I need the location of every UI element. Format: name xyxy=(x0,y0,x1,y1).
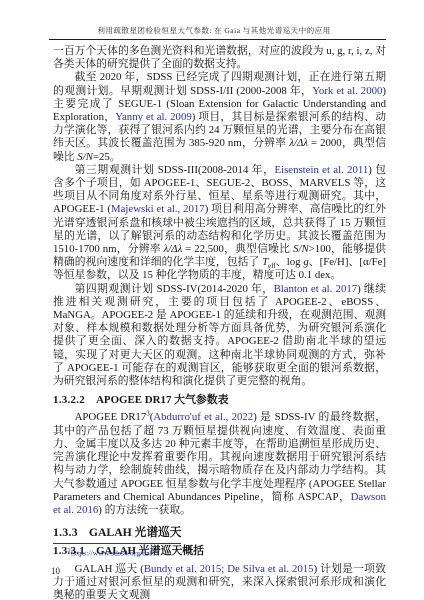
body-text: =25。 xyxy=(93,151,121,163)
body-text: APOGEE DR17 xyxy=(75,411,147,423)
paragraph: 截至 2020 年，SDSS 已经完成了四期观测计划，正在进行第五期的观测计划。… xyxy=(53,71,386,163)
citation-link[interactable]: Majewski et al., 2017 xyxy=(111,203,205,215)
citation-link[interactable]: Bundy et al. 2015; De Silva et al. 2015 xyxy=(144,563,314,575)
running-header: 利用疏散星团检验恒星大气参数: 在 Gaia 与其他光谱巡天中的应用 xyxy=(40,25,388,36)
section-heading: 1.3.2.2APOGEE DR17 大气参数表 xyxy=(53,394,386,407)
body-text: 第三期观测计划 SDSS-III(2008-2014 年， xyxy=(75,164,275,176)
citation-link[interactable]: Eisenstein et al. 2011 xyxy=(274,164,368,176)
citation-link[interactable]: Yanny et al. 2009 xyxy=(115,111,191,123)
page-number: 10 xyxy=(51,566,60,576)
paragraph: 第四期观测计划 SDSS-IV(2014-2020 年，Blanton et a… xyxy=(53,283,386,389)
section-heading: 1.3.3GALAH 光谱巡天 xyxy=(53,526,386,539)
paragraph: GALAH 巡天 (Bundy et al. 2015; De Silva et… xyxy=(53,563,386,600)
math-symbol: λ/Δλ xyxy=(289,137,308,149)
section-title: APOGEE DR17 大气参数表 xyxy=(96,394,229,406)
footnote-divider xyxy=(53,543,181,544)
paragraph: 第三期观测计划 SDSS-III(2008-2014 年，Eisenstein … xyxy=(53,164,386,283)
math-symbol: λ/Δλ xyxy=(164,243,183,255)
footnote-marker: 3 xyxy=(67,548,70,554)
body-text: ) 的方法统一获取。 xyxy=(98,504,191,516)
body-text: ) 继续推进相关观测研究，主要的项目包括了 APOGEE-2、eBOSS、MaN… xyxy=(53,283,386,387)
body-text: GALAH 巡天 ( xyxy=(75,563,144,575)
footnote-line: 3https://www.sdss4.org/dr17/ xyxy=(53,546,386,559)
document-page: 利用疏散星团检验恒星大气参数: 在 Gaia 与其他光谱巡天中的应用 一百万个天… xyxy=(0,0,424,600)
citation-link[interactable]: York et al. 2000 xyxy=(312,85,382,97)
footnote-link[interactable]: https://www.sdss4.org/dr17/ xyxy=(71,549,159,558)
content-area: 一百万个天体的多色测光资料和光谱数据，对应的波段为 u, g, r, i, z,… xyxy=(53,45,386,600)
section-number: 1.3.2.2 xyxy=(53,394,85,406)
citation-link[interactable]: Abdurro'uf et al., 2022 xyxy=(153,411,253,423)
body-text: 第四期观测计划 SDSS-IV(2014-2020 年， xyxy=(75,283,274,295)
paragraph: 一百万个天体的多色测光资料和光谱数据，对应的波段为 u, g, r, i, z,… xyxy=(53,45,386,71)
math-symbol: S/N xyxy=(77,151,93,163)
section-title: GALAH 光谱巡天 xyxy=(89,526,182,539)
body-text: 一百万个天体的多色测光资料和光谱数据，对应的波段为 u, g, r, i, z,… xyxy=(53,45,386,70)
section-number: 1.3.3 xyxy=(53,526,78,539)
math-symbol: S/N xyxy=(293,243,309,255)
body-text: = 22,500，典型信噪比 xyxy=(182,243,293,255)
body-text: 、log xyxy=(276,256,304,268)
footnote: 3https://www.sdss4.org/dr17/ xyxy=(53,543,386,559)
paragraph: APOGEE DR173(Abdurro'uf et al., 2022) 是 … xyxy=(53,411,386,517)
body-text: ) 是 SDSS-IV 的最终数据，其中的产品包括了超 73 万颗恒星提供视向速… xyxy=(53,411,386,502)
header-rule xyxy=(49,39,386,40)
citation-link[interactable]: Blanton et al. 2017 xyxy=(274,283,358,295)
